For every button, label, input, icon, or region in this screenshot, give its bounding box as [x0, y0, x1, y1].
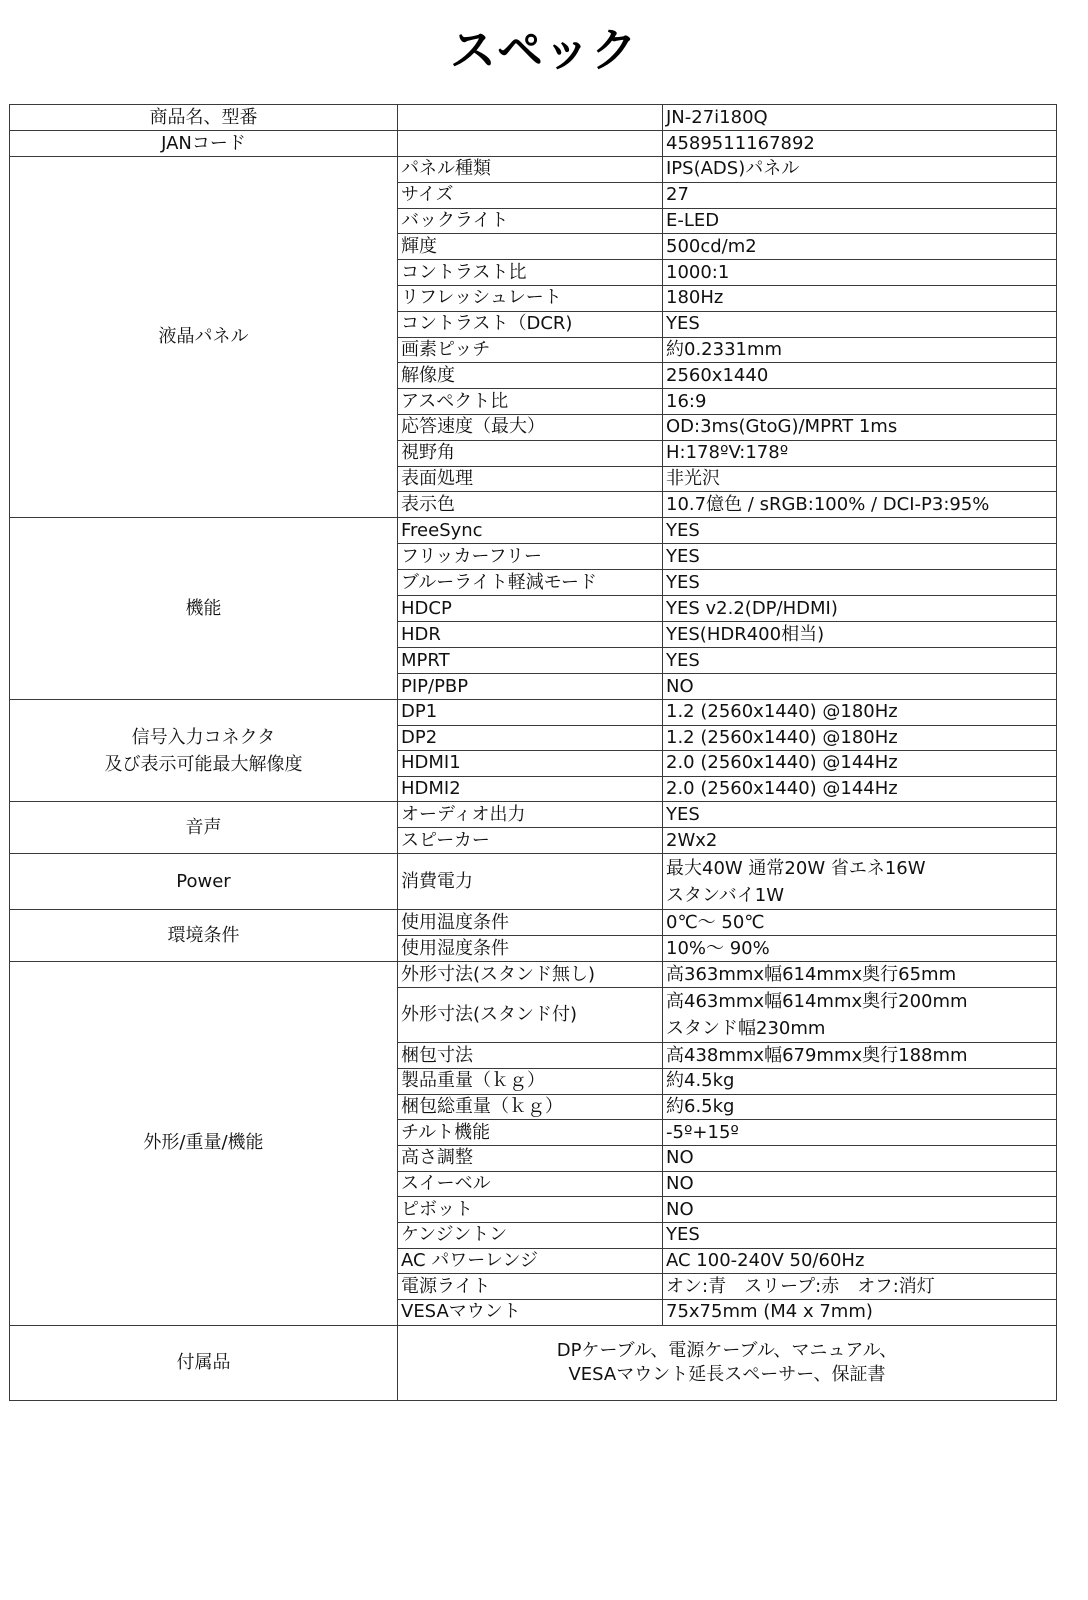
label-cell: PIP/PBP [398, 674, 663, 700]
category-cell-dimensions: 外形/重量/機能 [10, 962, 398, 1326]
value-cell: NO [663, 1197, 1057, 1223]
value-cell: NO [663, 1145, 1057, 1171]
label-cell: MPRT [398, 648, 663, 674]
value-cell: YES [663, 311, 1057, 337]
value-cell: YES v2.2(DP/HDMI) [663, 596, 1057, 622]
label-cell: パネル種類 [398, 157, 663, 183]
value-cell: YES [663, 570, 1057, 596]
label-cell: ピボット [398, 1197, 663, 1223]
value-cell: 4589511167892 [663, 131, 1057, 157]
table-row: 環境条件 使用温度条件 0℃～ 50℃ [10, 910, 1057, 936]
table-row: 外形/重量/機能 外形寸法(スタンド無し) 高363mmx幅614mmx奥行65… [10, 962, 1057, 988]
value-cell: E-LED [663, 208, 1057, 234]
value-cell: 非光沢 [663, 466, 1057, 492]
value-cell: AC 100-240V 50/60Hz [663, 1248, 1057, 1274]
value-cell: 1000:1 [663, 260, 1057, 286]
label-cell: アスペクト比 [398, 389, 663, 415]
table-row: 機能 FreeSync YES [10, 518, 1057, 544]
value-cell: YES [663, 802, 1057, 828]
category-cell-environment: 環境条件 [10, 910, 398, 962]
value-cell: 0℃～ 50℃ [663, 910, 1057, 936]
value-cell: OD:3ms(GtoG)/MPRT 1ms [663, 414, 1057, 440]
value-cell: 2.0 (2560x1440) @144Hz [663, 751, 1057, 777]
table-row: 液晶パネル パネル種類 IPS(ADS)パネル [10, 157, 1057, 183]
value-cell: 27 [663, 182, 1057, 208]
value-cell: 高438mmx幅679mmx奥行188mm [663, 1043, 1057, 1069]
value-cell: YES [663, 518, 1057, 544]
value-cell: NO [663, 1171, 1057, 1197]
category-cell: 商品名、型番 [10, 105, 398, 131]
label-cell: VESAマウント [398, 1300, 663, 1326]
table-row-product-name: 商品名、型番 JN-27i180Q [10, 105, 1057, 131]
category-cell-power: Power [10, 854, 398, 910]
label-cell: HDMI2 [398, 776, 663, 802]
category-cell-lcd-panel: 液晶パネル [10, 157, 398, 518]
label-cell: 画素ピッチ [398, 337, 663, 363]
accessories-line: DPケーブル、電源ケーブル、マニュアル、 [401, 1339, 1053, 1363]
value-cell: YES [663, 1222, 1057, 1248]
label-cell: DP2 [398, 725, 663, 751]
category-cell-features: 機能 [10, 518, 398, 700]
value-cell: 180Hz [663, 285, 1057, 311]
value-line: スタンバイ1W [666, 882, 1053, 909]
value-cell: 75x75mm (M4 x 7mm) [663, 1300, 1057, 1326]
value-cell: 最大40W 通常20W 省エネ16W スタンバイ1W [663, 854, 1057, 910]
label-cell: FreeSync [398, 518, 663, 544]
category-cell-signal-input: 信号入力コネクタ 及び表示可能最大解像度 [10, 700, 398, 802]
value-cell: 10.7億色 / sRGB:100% / DCI-P3:95% [663, 492, 1057, 518]
category-line: 信号入力コネクタ [13, 724, 394, 751]
label-cell: 応答速度（最大） [398, 414, 663, 440]
label-cell: コントラスト（DCR) [398, 311, 663, 337]
label-cell: バックライト [398, 208, 663, 234]
value-cell: JN-27i180Q [663, 105, 1057, 131]
label-cell: コントラスト比 [398, 260, 663, 286]
table-row-accessories: 付属品 DPケーブル、電源ケーブル、マニュアル、 VESAマウント延長スペーサー… [10, 1325, 1057, 1400]
value-line: スタンド幅230mm [666, 1015, 1053, 1042]
label-cell: 梱包寸法 [398, 1043, 663, 1069]
label-cell: HDMI1 [398, 751, 663, 777]
label-cell: 使用湿度条件 [398, 936, 663, 962]
category-cell-audio: 音声 [10, 802, 398, 854]
value-line: 最大40W 通常20W 省エネ16W [666, 855, 1053, 882]
category-line: 及び表示可能最大解像度 [13, 751, 394, 778]
page-title: スペック [0, 22, 1088, 78]
label-cell: 製品重量（ｋｇ） [398, 1068, 663, 1094]
label-cell: 表面処理 [398, 466, 663, 492]
category-cell: JANコード [10, 131, 398, 157]
value-cell: IPS(ADS)パネル [663, 157, 1057, 183]
label-cell: AC パワーレンジ [398, 1248, 663, 1274]
value-cell: 1.2 (2560x1440) @180Hz [663, 700, 1057, 726]
table-row: 信号入力コネクタ 及び表示可能最大解像度 DP1 1.2 (2560x1440)… [10, 700, 1057, 726]
label-cell: 梱包総重量（ｋｇ） [398, 1094, 663, 1120]
value-cell: 高463mmx幅614mmx奥行200mm スタンド幅230mm [663, 988, 1057, 1043]
label-cell: スピーカー [398, 828, 663, 854]
value-cell: 約0.2331mm [663, 337, 1057, 363]
label-cell: チルト機能 [398, 1120, 663, 1146]
label-cell: 外形寸法(スタンド付) [398, 988, 663, 1043]
label-cell: 電源ライト [398, 1274, 663, 1300]
value-cell: -5º+15º [663, 1120, 1057, 1146]
category-cell-accessories: 付属品 [10, 1325, 398, 1400]
label-cell: 高さ調整 [398, 1145, 663, 1171]
label-cell: フリッカーフリー [398, 544, 663, 570]
label-cell: オーディオ出力 [398, 802, 663, 828]
label-cell: ケンジントン [398, 1222, 663, 1248]
label-cell: 輝度 [398, 234, 663, 260]
value-cell: H:178ºV:178º [663, 440, 1057, 466]
label-cell: ブルーライト軽減モード [398, 570, 663, 596]
accessories-cell: DPケーブル、電源ケーブル、マニュアル、 VESAマウント延長スペーサー、保証書 [398, 1325, 1057, 1400]
spec-table: 商品名、型番 JN-27i180Q JANコード 4589511167892 液… [9, 104, 1057, 1401]
value-cell: 約4.5kg [663, 1068, 1057, 1094]
accessories-line: VESAマウント延長スペーサー、保証書 [401, 1363, 1053, 1387]
value-cell: オン:青 スリープ:赤 オフ:消灯 [663, 1274, 1057, 1300]
label-cell: 使用温度条件 [398, 910, 663, 936]
label-cell: リフレッシュレート [398, 285, 663, 311]
label-cell: スイーベル [398, 1171, 663, 1197]
value-cell: 1.2 (2560x1440) @180Hz [663, 725, 1057, 751]
table-row-jan-code: JANコード 4589511167892 [10, 131, 1057, 157]
label-cell: DP1 [398, 700, 663, 726]
value-cell: NO [663, 674, 1057, 700]
label-cell: HDR [398, 622, 663, 648]
value-cell: 500cd/m2 [663, 234, 1057, 260]
label-cell [398, 131, 663, 157]
value-cell: 2Wx2 [663, 828, 1057, 854]
label-cell: HDCP [398, 596, 663, 622]
value-cell: 高363mmx幅614mmx奥行65mm [663, 962, 1057, 988]
value-cell: YES(HDR400相当) [663, 622, 1057, 648]
label-cell: サイズ [398, 182, 663, 208]
value-cell: 16:9 [663, 389, 1057, 415]
label-cell: 表示色 [398, 492, 663, 518]
label-cell: 解像度 [398, 363, 663, 389]
value-cell: 約6.5kg [663, 1094, 1057, 1120]
label-cell: 消費電力 [398, 854, 663, 910]
label-cell [398, 105, 663, 131]
value-cell: YES [663, 648, 1057, 674]
value-cell: YES [663, 544, 1057, 570]
table-row: Power 消費電力 最大40W 通常20W 省エネ16W スタンバイ1W [10, 854, 1057, 910]
value-line: 高463mmx幅614mmx奥行200mm [666, 988, 1053, 1015]
table-row: 音声 オーディオ出力 YES [10, 802, 1057, 828]
label-cell: 視野角 [398, 440, 663, 466]
value-cell: 2560x1440 [663, 363, 1057, 389]
value-cell: 10%～ 90% [663, 936, 1057, 962]
label-cell: 外形寸法(スタンド無し) [398, 962, 663, 988]
value-cell: 2.0 (2560x1440) @144Hz [663, 776, 1057, 802]
